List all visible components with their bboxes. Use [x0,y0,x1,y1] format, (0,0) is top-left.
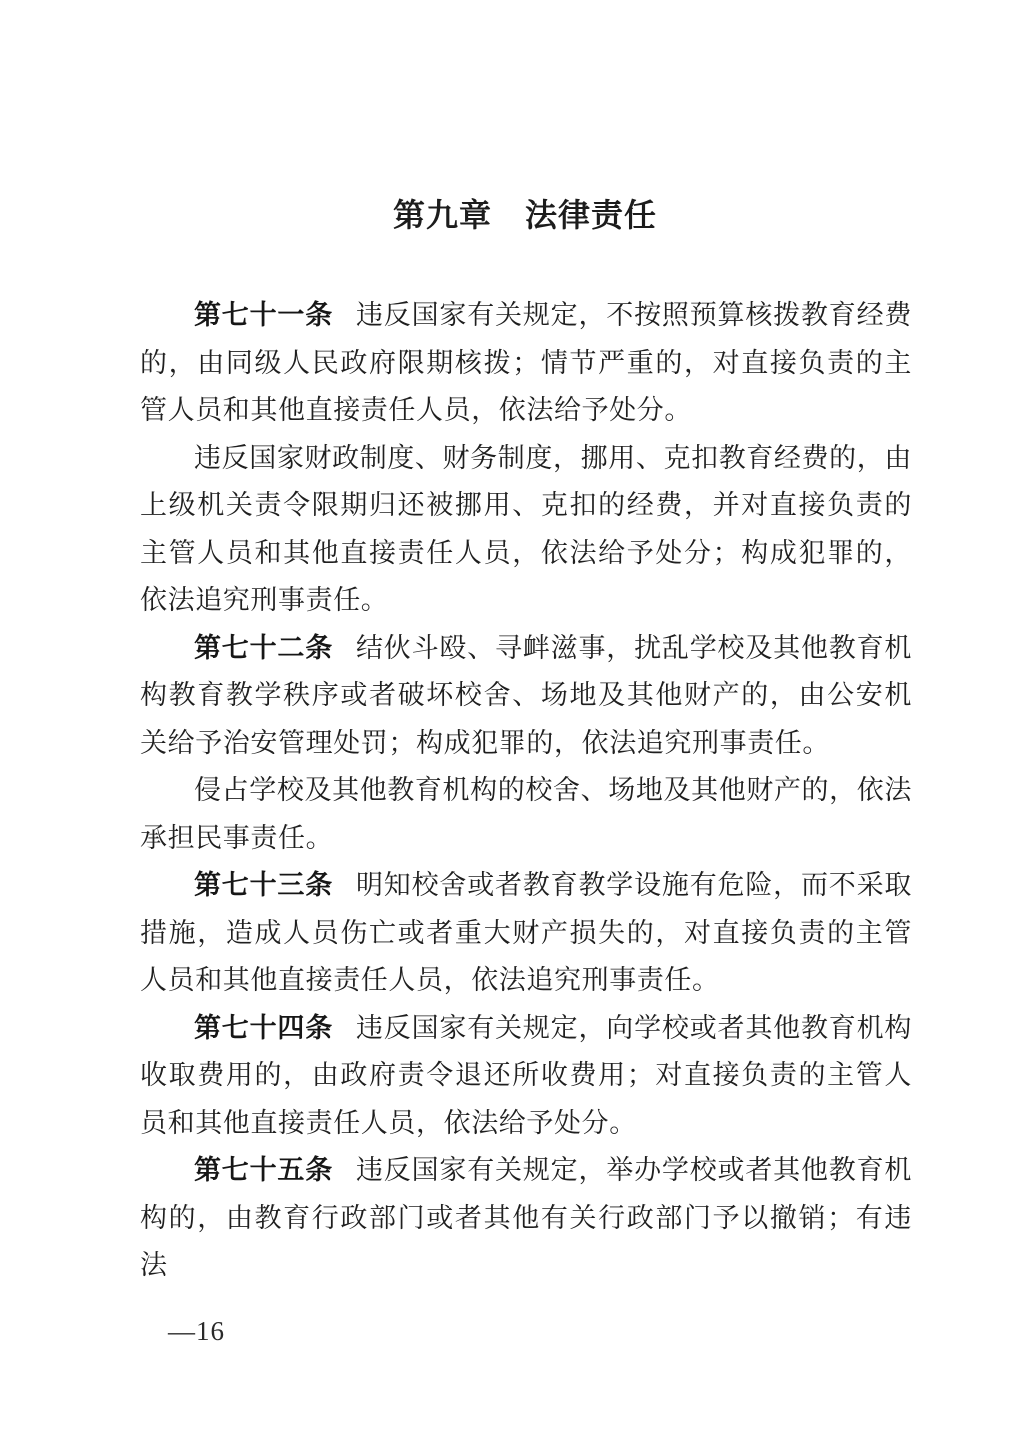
paragraph-text: 违反国家财政制度、财务制度，挪用、克扣教育经费的，由上级机关责令限期归还被挪用、… [140,443,912,616]
paragraph-article-72: 第七十二条结伙斗殴、寻衅滋事，扰乱学校及其他教育机构教育教学秩序或者破坏校舍、场… [140,625,912,768]
paragraph-article-75: 第七十五条违反国家有关规定，举办学校或者其他教育机构的，由教育行政部门或者其他有… [140,1147,912,1290]
paragraph-article-74: 第七十四条违反国家有关规定，向学校或者其他教育机构收取费用的，由政府责令退还所收… [140,1005,912,1148]
paragraph-article-71: 第七十一条违反国家有关规定，不按照预算核拨教育经费的，由同级人民政府限期核拨；情… [140,292,912,435]
paragraph-article-72-cont: 侵占学校及其他教育机构的校舍、场地及其他财产的，依法承担民事责任。 [140,767,912,862]
article-number: 第七十二条 [194,633,333,663]
article-number: 第七十四条 [194,1013,333,1043]
page-number: —16 [168,1316,225,1347]
paragraph-text: 侵占学校及其他教育机构的校舍、场地及其他财产的，依法承担民事责任。 [140,775,912,853]
article-number: 第七十一条 [194,300,333,330]
paragraph-article-73: 第七十三条明知校舍或者教育教学设施有危险，而不采取措施，造成人员伤亡或者重大财产… [140,862,912,1005]
document-body: 第七十一条违反国家有关规定，不按照预算核拨教育经费的，由同级人民政府限期核拨；情… [140,292,912,1290]
chapter-title: 第九章 法律责任 [140,0,910,236]
paragraph-article-71-cont: 违反国家财政制度、财务制度，挪用、克扣教育经费的，由上级机关责令限期归还被挪用、… [140,435,912,625]
article-number: 第七十五条 [194,1155,333,1185]
article-number: 第七十三条 [194,870,333,900]
document-page: 第九章 法律责任 第七十一条违反国家有关规定，不按照预算核拨教育经费的，由同级人… [0,0,1024,1450]
